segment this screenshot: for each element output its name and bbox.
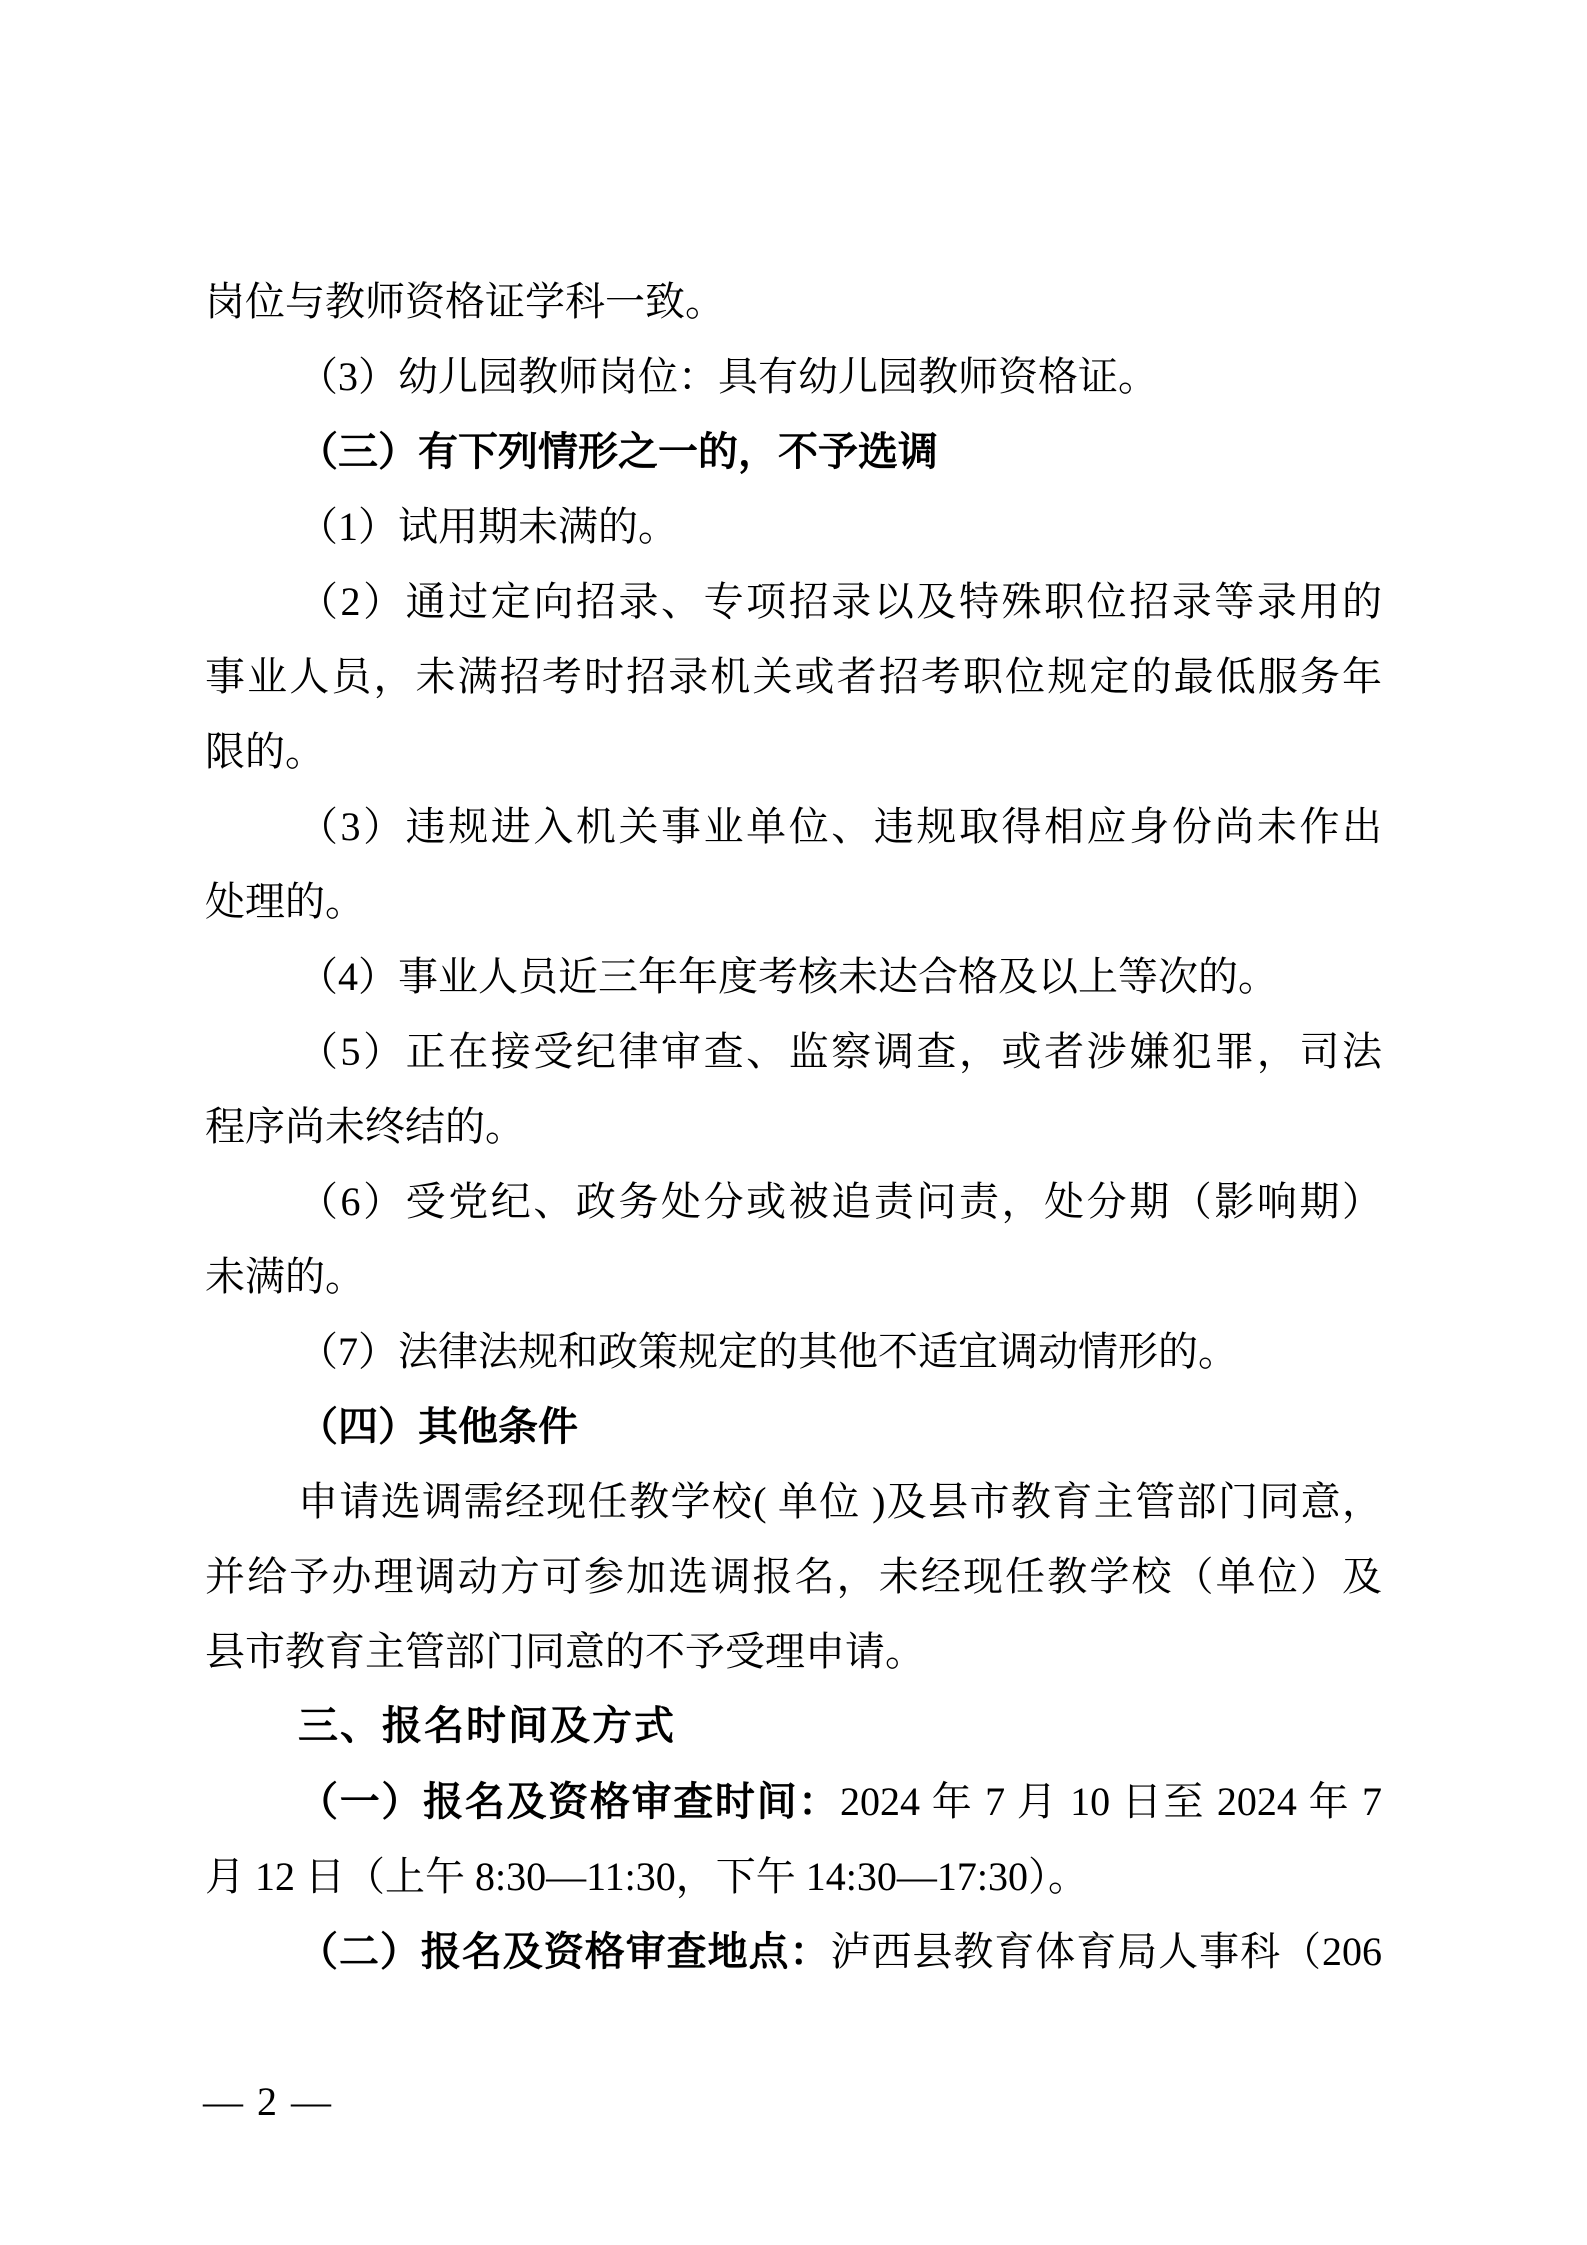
line-text: （四）其他条件	[298, 1404, 578, 1449]
doc-line: 并给予办理调动方可参加选调报名，未经现任教学校（单位）及	[205, 1539, 1382, 1614]
doc-line: 事业人员，未满招考时招录机关或者招考职位规定的最低服务年	[205, 639, 1382, 714]
line-text: （5）正在接受纪律审查、监察调查，或者涉嫌犯罪，司法	[298, 1029, 1382, 1074]
line-text: （3）幼儿园教师岗位：具有幼儿园教师资格证。	[298, 354, 1158, 399]
doc-line: 申请选调需经现任教学校( 单位 )及县市教育主管部门同意，	[205, 1464, 1382, 1539]
line-text: 月 12 日（上午 8:30—11:30，下午 14:30—17:30）。	[205, 1854, 1088, 1899]
doc-line: 程序尚未终结的。	[205, 1089, 1382, 1164]
line-text: 2024 年 7 月 10 日至 2024 年 7	[840, 1779, 1382, 1824]
line-text: 县市教育主管部门同意的不予受理申请。	[205, 1629, 925, 1674]
doc-line: （一）报名及资格审查时间：2024 年 7 月 10 日至 2024 年 7	[205, 1764, 1382, 1839]
doc-line: （3）幼儿园教师岗位：具有幼儿园教师资格证。	[205, 339, 1382, 414]
line-bold-prefix: （二）报名及资格审查地点：	[298, 1929, 830, 1974]
line-text: 岗位与教师资格证学科一致。	[205, 279, 725, 324]
doc-line: 岗位与教师资格证学科一致。	[205, 264, 1382, 339]
doc-line: （2）通过定向招录、专项招录以及特殊职位招录等录用的	[205, 564, 1382, 639]
page-number: — 2 —	[203, 2080, 333, 2124]
doc-line: 处理的。	[205, 864, 1382, 939]
line-bold-prefix: （一）报名及资格审查时间：	[298, 1779, 840, 1824]
line-text: （1）试用期未满的。	[298, 504, 678, 549]
doc-line: （3）违规进入机关事业单位、违规取得相应身份尚未作出	[205, 789, 1382, 864]
doc-line: 限的。	[205, 714, 1382, 789]
line-text: （7）法律法规和政策规定的其他不适宜调动情形的。	[298, 1329, 1238, 1374]
doc-line: （5）正在接受纪律审查、监察调查，或者涉嫌犯罪，司法	[205, 1014, 1382, 1089]
line-text: 程序尚未终结的。	[205, 1104, 525, 1149]
doc-line: （6）受党纪、政务处分或被追责问责，处分期（影响期）	[205, 1164, 1382, 1239]
line-text: 未满的。	[205, 1254, 365, 1299]
line-text: 限的。	[205, 729, 325, 774]
line-text: （3）违规进入机关事业单位、违规取得相应身份尚未作出	[298, 804, 1382, 849]
document-body: 岗位与教师资格证学科一致。 （3）幼儿园教师岗位：具有幼儿园教师资格证。 （三）…	[205, 264, 1382, 1989]
line-text: （2）通过定向招录、专项招录以及特殊职位招录等录用的	[298, 579, 1382, 624]
line-text: 三、报名时间及方式	[298, 1704, 676, 1748]
doc-line: （1）试用期未满的。	[205, 489, 1382, 564]
doc-line: （二）报名及资格审查地点：泸西县教育体育局人事科（206	[205, 1914, 1382, 1989]
section-heading-san: （三）有下列情形之一的，不予选调	[205, 414, 1382, 489]
doc-line: 月 12 日（上午 8:30—11:30，下午 14:30—17:30）。	[205, 1839, 1382, 1914]
doc-line: （4）事业人员近三年年度考核未达合格及以上等次的。	[205, 939, 1382, 1014]
line-text: 处理的。	[205, 879, 365, 924]
doc-line: 县市教育主管部门同意的不予受理申请。	[205, 1614, 1382, 1689]
line-text: （三）有下列情形之一的，不予选调	[298, 429, 938, 474]
line-text: （6）受党纪、政务处分或被追责问责，处分期（影响期）	[298, 1179, 1382, 1224]
doc-line: （7）法律法规和政策规定的其他不适宜调动情形的。	[205, 1314, 1382, 1389]
section-heading-si: （四）其他条件	[205, 1389, 1382, 1464]
line-text: 事业人员，未满招考时招录机关或者招考职位规定的最低服务年	[205, 654, 1382, 699]
line-text: 并给予办理调动方可参加选调报名，未经现任教学校（单位）及	[205, 1554, 1382, 1599]
line-text: （4）事业人员近三年年度考核未达合格及以上等次的。	[298, 954, 1278, 999]
line-text: 泸西县教育体育局人事科（206	[830, 1929, 1382, 1974]
doc-line: 未满的。	[205, 1239, 1382, 1314]
line-text: 申请选调需经现任教学校( 单位 )及县市教育主管部门同意，	[298, 1479, 1382, 1524]
document-page: 岗位与教师资格证学科一致。 （3）幼儿园教师岗位：具有幼儿园教师资格证。 （三）…	[0, 0, 1587, 2245]
chapter-heading-baoming: 三、报名时间及方式	[205, 1689, 1382, 1764]
page-number-text: — 2 —	[203, 2079, 333, 2124]
